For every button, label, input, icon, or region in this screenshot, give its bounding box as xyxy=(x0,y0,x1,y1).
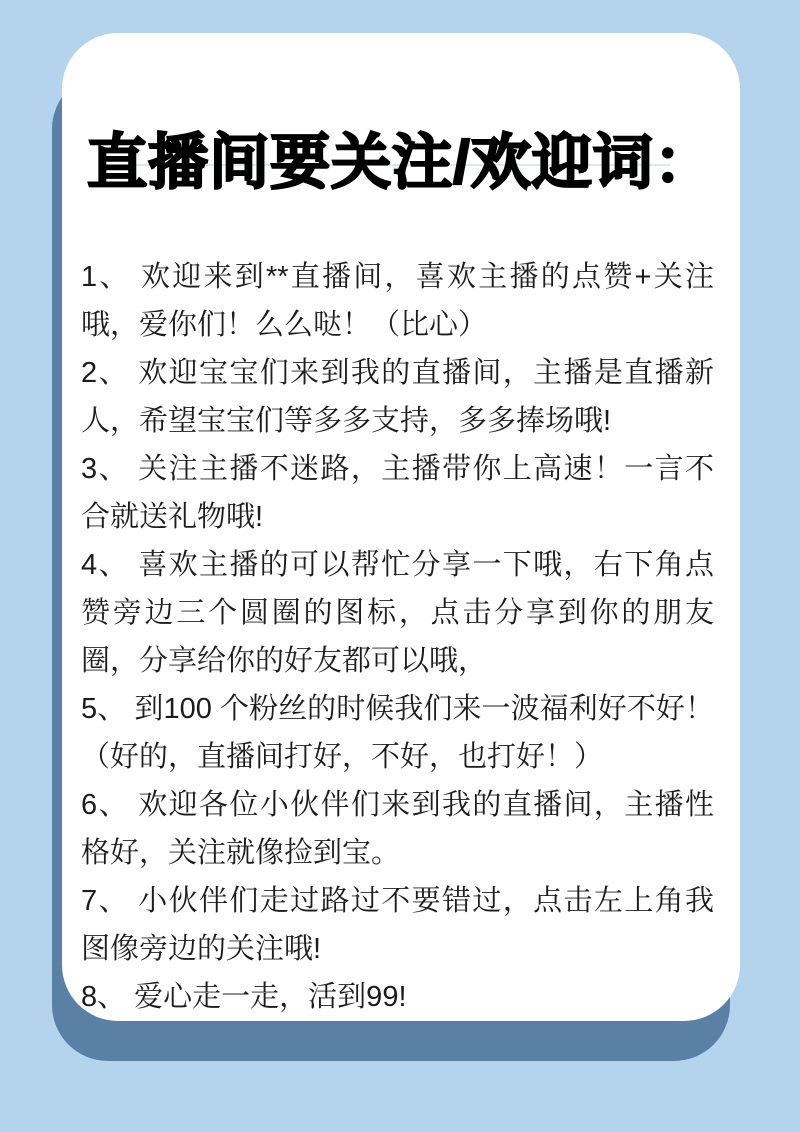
list-item-1: 1、 欢迎来到**直播间，喜欢主播的点赞+关注哦，爱你们！么么哒！（比心） xyxy=(81,253,714,349)
list-item-3: 3、 关注主播不迷路，主播带你上高速！一言不合就送礼物哦! xyxy=(81,445,714,541)
content-card: 直播间要关注/欢迎词： 1、 欢迎来到**直播间，喜欢主播的点赞+关注哦，爱你们… xyxy=(62,33,740,1021)
list-item-5: 5、 到100 个粉丝的时候我们来一波福利好不好！（好的，直播间打好，不好，也打… xyxy=(81,685,714,781)
page-title: 直播间要关注/欢迎词： xyxy=(62,127,740,199)
list-item-8: 8、 爱心走一走，活到99! xyxy=(81,973,714,1021)
list-item-4: 4、 喜欢主播的可以帮忙分享一下哦，右下角点赞旁边三个圆圈的图标，点击分享到你的… xyxy=(81,541,714,685)
list-item-6: 6、 欢迎各位小伙伴们来到我的直播间，主播性格好，关注就像捡到宝。 xyxy=(81,781,714,877)
list-item-7: 7、 小伙伴们走过路过不要错过，点击左上角我图像旁边的关注哦! xyxy=(81,877,714,973)
list-item-2: 2、 欢迎宝宝们来到我的直播间，主播是直播新人，希望宝宝们等多多支持，多多捧场哦… xyxy=(81,349,714,445)
welcome-phrases-list: 1、 欢迎来到**直播间，喜欢主播的点赞+关注哦，爱你们！么么哒！（比心） 2、… xyxy=(81,253,714,1021)
